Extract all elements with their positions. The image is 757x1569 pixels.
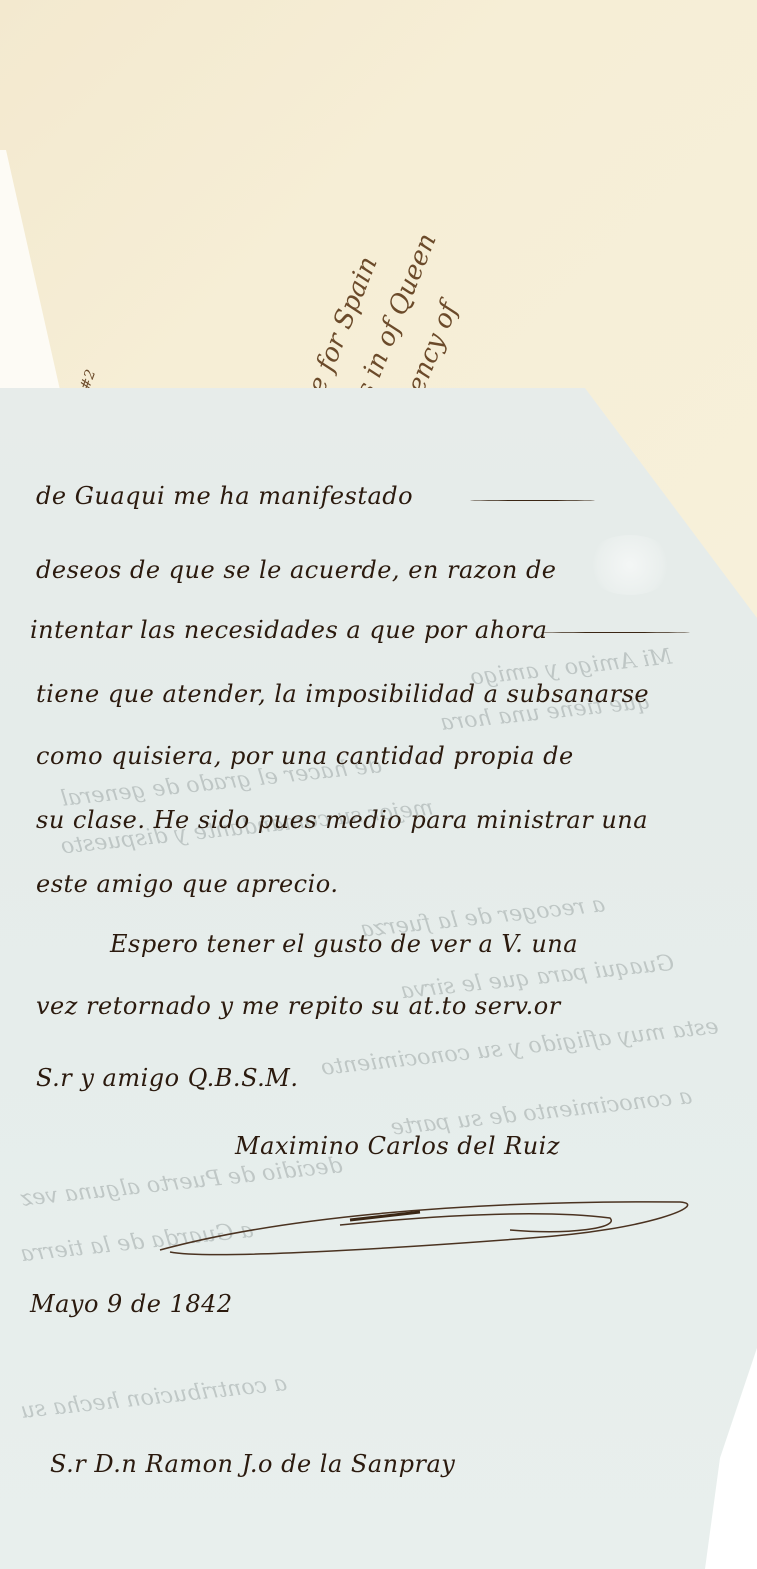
letter-line: Espero tener el gusto de ver a V. una	[110, 930, 578, 958]
addressee: S.r D.n Ramon J.o de la Sanpray	[50, 1450, 455, 1478]
line-flourish	[540, 632, 690, 633]
letter-line: vez retornado y me repito su at.to serv.…	[36, 992, 561, 1020]
letter-date: Mayo 9 de 1842	[30, 1290, 233, 1318]
letter-line: de Guaqui me ha manifestado	[36, 482, 413, 510]
letter-line: como quisiera, por una cantidad propia d…	[36, 742, 574, 770]
signature-rubric	[150, 1190, 690, 1260]
line-flourish	[470, 500, 595, 501]
letter-line: deseos de que se le acuerde, en razon de	[36, 556, 557, 584]
signature: Maximino Carlos del Ruiz	[235, 1132, 560, 1160]
letter-line: este amigo que aprecio.	[36, 870, 338, 898]
letter-line: intentar las necesidades a que por ahora	[30, 616, 547, 644]
letter-line: tiene que atender, la imposibilidad a su…	[36, 680, 649, 708]
embossed-seal-icon	[585, 535, 675, 595]
letter-line: su clase. He sido pues medio para minist…	[36, 806, 648, 834]
letter-line: S.r y amigo Q.B.S.M.	[36, 1064, 298, 1092]
